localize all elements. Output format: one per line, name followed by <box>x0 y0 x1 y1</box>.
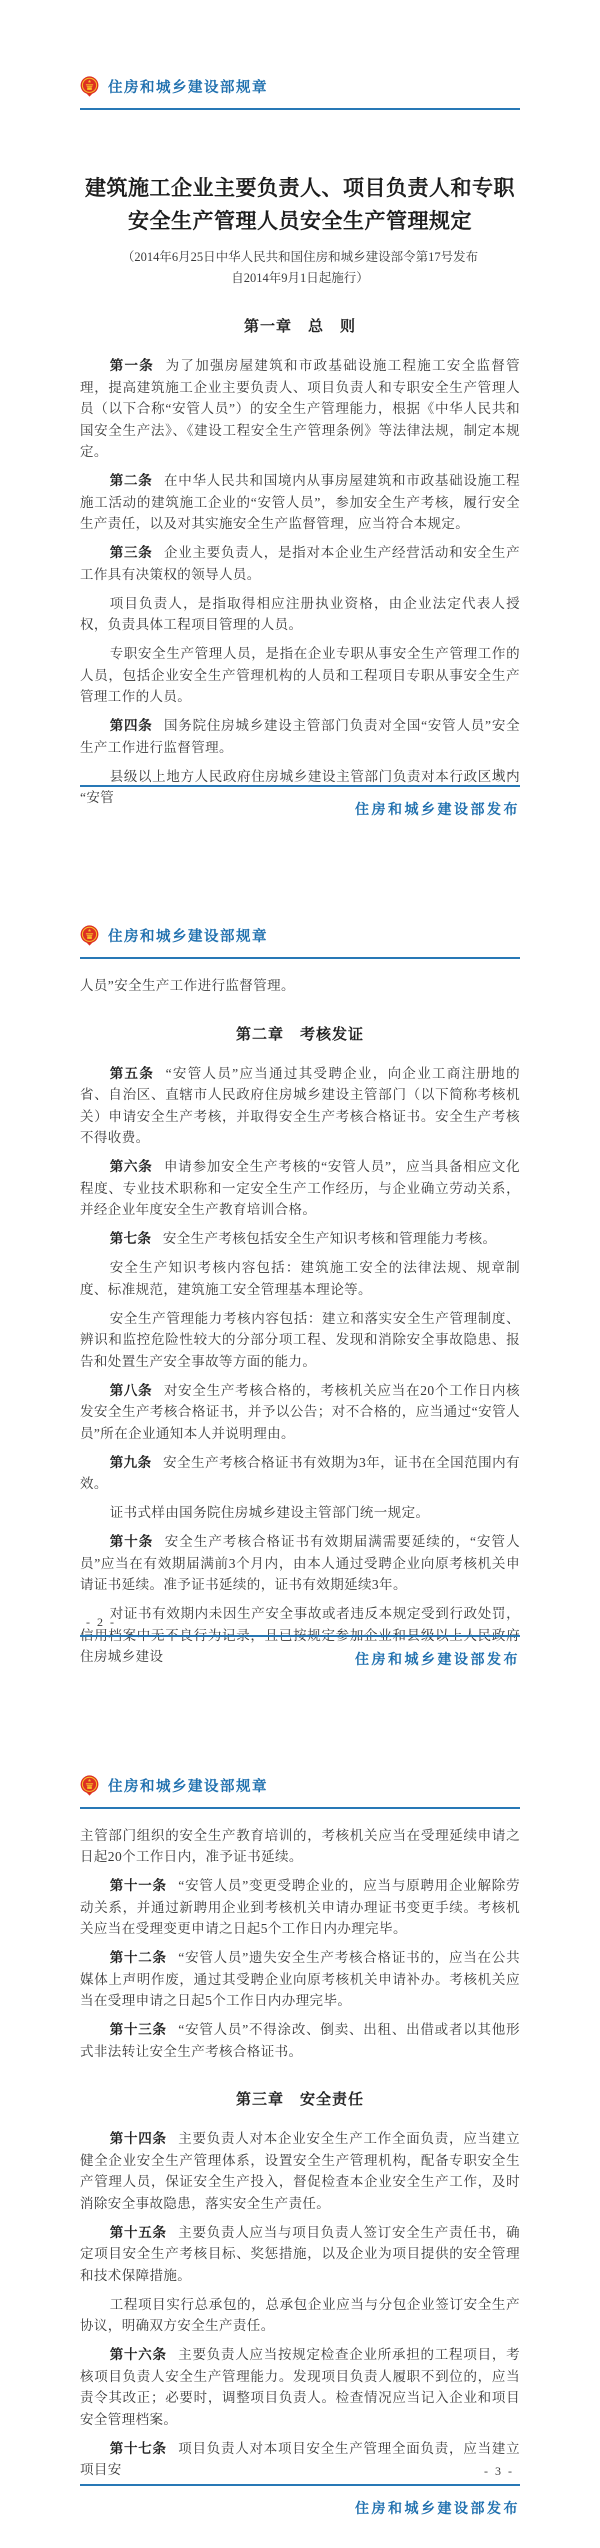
document-subtitle-line1: （2014年6月25日中华人民共和国住房和城乡建设部令第17号发布 <box>80 247 520 268</box>
chapter-heading: 第二章 考核发证 <box>80 1023 520 1044</box>
national-emblem-icon <box>80 76 99 97</box>
article-number: 第九条 <box>110 1455 152 1470</box>
national-emblem-icon <box>80 925 99 946</box>
article-paragraph: 第十五条主要负责人应当与项目负责人签订安全生产责任书，确定项目安全生产考核目标、… <box>80 2222 520 2287</box>
publisher-label: 住房和城乡建设部发布 <box>80 2498 520 2518</box>
article-paragraph: 第三条企业主要负责人，是指对本企业生产经营活动和安全生产工作具有决策权的领导人员… <box>80 542 520 585</box>
article-paragraph: 第十三条“安管人员”不得涂改、倒卖、出租、出借或者以其他形式非法转让安全生产考核… <box>80 2019 520 2062</box>
article-text: 工程项目实行总承包的，总承包企业应当与分包企业签订安全生产协议，明确双方安全生产… <box>80 2297 520 2334</box>
article-paragraph: 第十一条“安管人员”变更受聘企业的，应当与原聘用企业解除劳动关系，并通过新聘用企… <box>80 1875 520 1940</box>
article-paragraph: 第九条安全生产考核合格证书有效期为3年，证书在全国范围内有效。 <box>80 1452 520 1495</box>
article-number: 第五条 <box>110 1066 154 1081</box>
footer-rule <box>80 2484 520 2486</box>
article-number: 第十条 <box>110 1534 154 1549</box>
chapter-heading: 第三章 安全责任 <box>80 2088 520 2109</box>
header-rule <box>80 1807 520 1809</box>
article-number: 第三条 <box>110 545 153 560</box>
article-paragraph: 第十四条主要负责人对本企业安全生产工作全面负责，应当建立健全企业安全生产管理体系… <box>80 2128 520 2214</box>
article-paragraph: 主管部门组织的安全生产教育培训的，考核机关应当在受理延续申请之日起20个工作日内… <box>80 1825 520 1868</box>
article-text: 主管部门组织的安全生产教育培训的，考核机关应当在受理延续申请之日起20个工作日内… <box>80 1828 520 1865</box>
header-rule <box>80 108 520 110</box>
article-number: 第十二条 <box>110 1950 167 1965</box>
page-header: 住房和城乡建设部规章 <box>80 1775 520 1796</box>
page-header: 住房和城乡建设部规章 <box>80 76 520 97</box>
article-number: 第十七条 <box>110 2441 167 2456</box>
page-body: 主管部门组织的安全生产教育培训的，考核机关应当在受理延续申请之日起20个工作日内… <box>80 1825 520 2481</box>
article-number: 第十三条 <box>110 2022 167 2037</box>
page-body: 人员”安全生产工作进行监督管理。第二章 考核发证第五条“安管人员”应当通过其受聘… <box>80 975 520 1668</box>
page-body: 第一章 总 则第一条为了加强房屋建筑和市政基础设施工程施工安全监督管理，提高建筑… <box>80 315 520 809</box>
article-paragraph: 工程项目实行总承包的，总承包企业应当与分包企业签订安全生产协议，明确双方安全生产… <box>80 2294 520 2337</box>
article-text: 证书式样由国务院住房城乡建设主管部门统一规定。 <box>110 1505 430 1520</box>
document-subtitle-line2: 自2014年9月1日起施行） <box>80 268 520 289</box>
article-text: 项目负责人，是指取得相应注册执业资格，由企业法定代表人授权，负责具体工程项目管理… <box>80 596 520 633</box>
article-paragraph: 第七条安全生产考核包括安全生产知识考核和管理能力考核。 <box>80 1228 520 1250</box>
article-text: 安全生产管理能力考核内容包括：建立和落实安全生产管理制度、辨识和监控危险性较大的… <box>80 1311 520 1369</box>
document-title-block: 建筑施工企业主要负责人、项目负责人和专职 安全生产管理人员安全生产管理规定 （2… <box>80 172 520 289</box>
article-paragraph: 第八条对安全生产考核合格的，考核机关应当在20个工作日内核发安全生产考核合格证书… <box>80 1380 520 1445</box>
footer-rule <box>80 785 520 787</box>
article-paragraph: 第一条为了加强房屋建筑和市政基础设施工程施工安全监督管理，提高建筑施工企业主要负… <box>80 355 520 463</box>
article-paragraph: 第十条安全生产考核合格证书有效期届满需要延续的，“安管人员”应当在有效期届满前3… <box>80 1531 520 1596</box>
article-number: 第四条 <box>110 718 153 733</box>
article-number: 第八条 <box>110 1383 153 1398</box>
article-paragraph: 安全生产管理能力考核内容包括：建立和落实安全生产管理制度、辨识和监控危险性较大的… <box>80 1308 520 1373</box>
document-title-line1: 建筑施工企业主要负责人、项目负责人和专职 <box>80 172 520 205</box>
header-rule <box>80 957 520 959</box>
page-footer: - 1 - 住房和城乡建设部发布 <box>80 765 520 819</box>
publisher-label: 住房和城乡建设部发布 <box>80 799 520 819</box>
article-text: 安全生产考核包括安全生产知识考核和管理能力考核。 <box>163 1231 497 1246</box>
article-paragraph: 人员”安全生产工作进行监督管理。 <box>80 975 520 997</box>
chapter-heading: 第一章 总 则 <box>80 315 520 336</box>
article-text: 人员”安全生产工作进行监督管理。 <box>80 978 295 993</box>
article-paragraph: 第五条“安管人员”应当通过其受聘企业，向企业工商注册地的省、自治区、直辖市人民政… <box>80 1063 520 1149</box>
page-footer: - 3 - 住房和城乡建设部发布 <box>80 2464 520 2518</box>
header-badge-label: 住房和城乡建设部规章 <box>108 76 268 97</box>
document-page-1: 住房和城乡建设部规章 建筑施工企业主要负责人、项目负责人和专职 安全生产管理人员… <box>0 0 600 849</box>
article-number: 第十五条 <box>110 2225 167 2240</box>
article-paragraph: 安全生产知识考核内容包括：建筑施工安全的法律法规、规章制度、标准规范，建筑施工安… <box>80 1257 520 1300</box>
header-badge-label: 住房和城乡建设部规章 <box>108 1775 268 1796</box>
article-paragraph: 第六条申请参加安全生产考核的“安管人员”，应当具备相应文化程度、专业技术职称和一… <box>80 1156 520 1221</box>
footer-rule <box>80 1635 520 1637</box>
document-subtitle: （2014年6月25日中华人民共和国住房和城乡建设部令第17号发布 自2014年… <box>80 247 520 289</box>
page-number: - 3 - <box>80 2464 520 2479</box>
article-number: 第十六条 <box>110 2347 167 2362</box>
document-page-2: 住房和城乡建设部规章 人员”安全生产工作进行监督管理。第二章 考核发证第五条“安… <box>0 849 600 1698</box>
article-text: 为了加强房屋建筑和市政基础设施工程施工安全监督管理，提高建筑施工企业主要负责人、… <box>80 358 520 459</box>
article-paragraph: 证书式样由国务院住房城乡建设主管部门统一规定。 <box>80 1502 520 1524</box>
document-title: 建筑施工企业主要负责人、项目负责人和专职 安全生产管理人员安全生产管理规定 <box>80 172 520 238</box>
article-text: 安全生产知识考核内容包括：建筑施工安全的法律法规、规章制度、标准规范，建筑施工安… <box>80 1260 520 1297</box>
article-number: 第一条 <box>110 358 154 373</box>
document-title-line2: 安全生产管理人员安全生产管理规定 <box>80 205 520 238</box>
article-paragraph: 第二条在中华人民共和国境内从事房屋建筑和市政基础设施工程施工活动的建筑施工企业的… <box>80 470 520 535</box>
article-paragraph: 第十二条“安管人员”遗失安全生产考核合格证书的，应当在公共媒体上声明作废，通过其… <box>80 1947 520 2012</box>
article-number: 第七条 <box>110 1231 152 1246</box>
article-paragraph: 专职安全生产管理人员，是指在企业专职从事安全生产管理工作的人员，包括企业安全生产… <box>80 643 520 708</box>
article-number: 第十一条 <box>110 1878 167 1893</box>
header-badge-label: 住房和城乡建设部规章 <box>108 925 268 946</box>
document-page-3: 住房和城乡建设部规章 主管部门组织的安全生产教育培训的，考核机关应当在受理延续申… <box>0 1699 600 2548</box>
article-paragraph: 项目负责人，是指取得相应注册执业资格，由企业法定代表人授权，负责具体工程项目管理… <box>80 593 520 636</box>
article-paragraph: 第十六条主要负责人应当按规定检查企业所承担的工程项目，考核项目负责人安全生产管理… <box>80 2344 520 2430</box>
article-number: 第二条 <box>110 473 153 488</box>
publisher-label: 住房和城乡建设部发布 <box>80 1649 520 1669</box>
page-number: - 2 - <box>80 1615 520 1630</box>
article-number: 第六条 <box>110 1159 153 1174</box>
article-text: 专职安全生产管理人员，是指在企业专职从事安全生产管理工作的人员，包括企业安全生产… <box>80 646 520 704</box>
article-paragraph: 第四条国务院住房城乡建设主管部门负责对全国“安管人员”安全生产工作进行监督管理。 <box>80 715 520 758</box>
page-footer: - 2 - 住房和城乡建设部发布 <box>80 1615 520 1669</box>
page-number: - 1 - <box>80 765 520 780</box>
page-header: 住房和城乡建设部规章 <box>80 925 520 946</box>
article-number: 第十四条 <box>110 2131 167 2146</box>
national-emblem-icon <box>80 1775 99 1796</box>
